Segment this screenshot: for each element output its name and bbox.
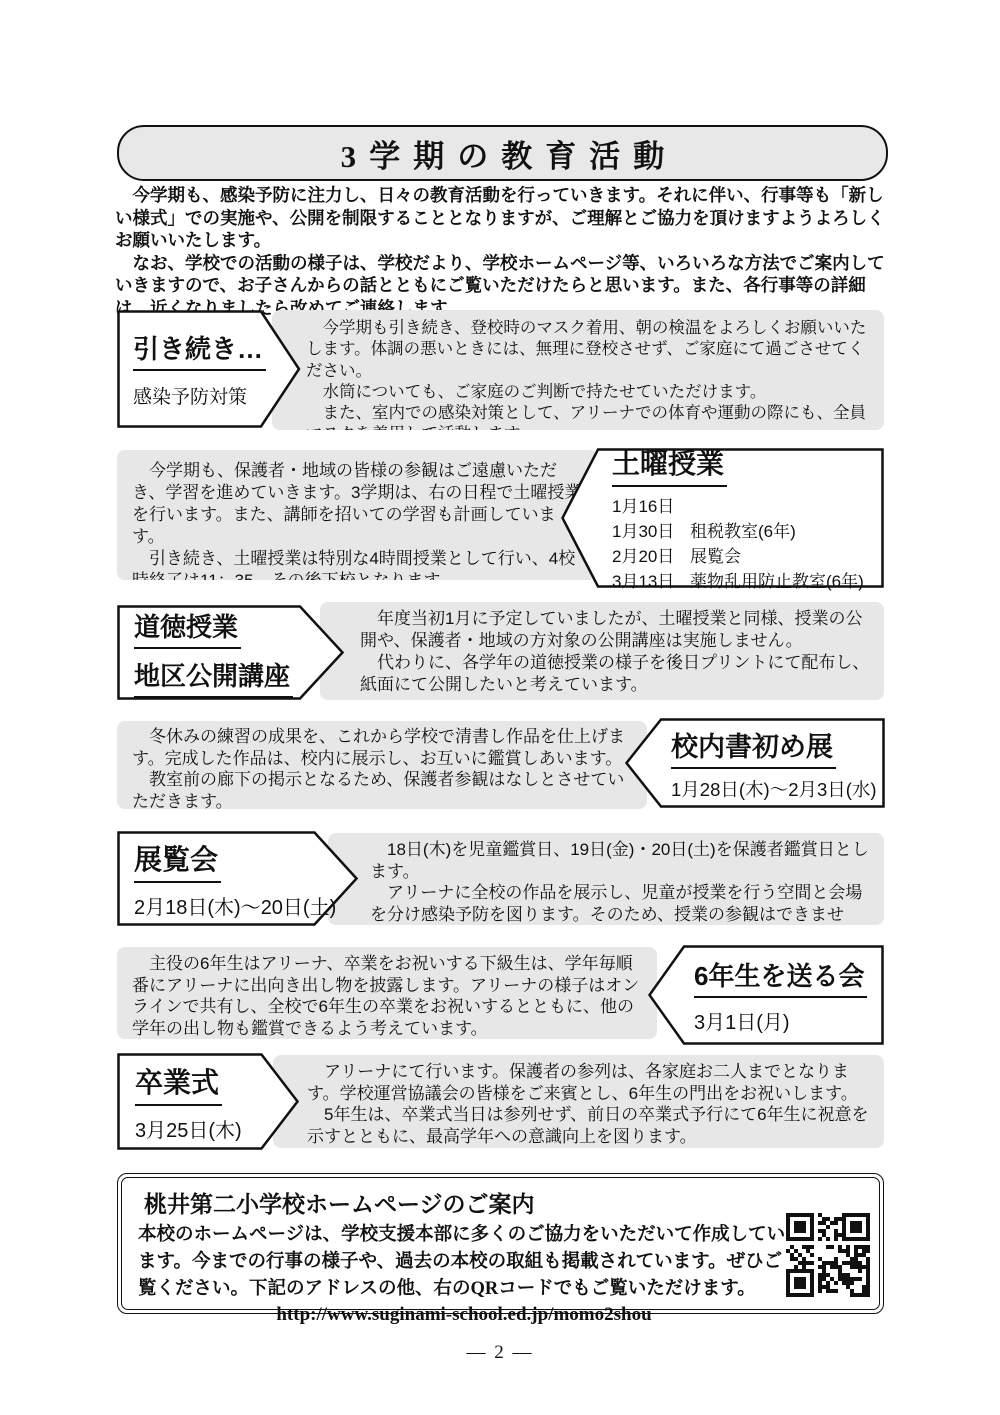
body-paragraph: 今学期も、保護者・地域の皆様の参観はご遠慮いただき、学習を進めていきます。3学期… [132, 460, 585, 548]
body-paragraph: 水筒についても、ご家庭のご判断で持たせていただけます。 [306, 382, 872, 403]
schedule-date: 3月13日 [612, 569, 690, 594]
schedule-date: 2月20日 [612, 544, 690, 569]
schedule-row: 2月20日 展覧会 [612, 544, 864, 569]
label-date: 3月25日(木) [135, 1114, 242, 1143]
body-paragraph: 教室前の廊下の掲示となるため、保護者参観はなしとさせていただきます。 [132, 769, 637, 809]
section-body: 主役の6年生はアリーナ、卒業をお祝いする下級生は、学年毎順番にアリーナに出向き出… [117, 947, 657, 1039]
body-paragraph: アリーナに全校の作品を展示し、児童が授業を行う空間と会場を分け感染予防を図ります… [370, 882, 874, 925]
schedule-date: 1月30日 [612, 519, 690, 544]
intro-p2: なお、学校での活動の様子は、学校だより、学校ホームページ等、いろいろな方法でご案… [115, 252, 887, 320]
homepage-box-inner: 桃井第二小学校ホームページのご案内 本校のホームページは、学校支援本部に多くのご… [121, 1177, 880, 1310]
section-label: 校内書初め展 1月28日(木)～2月3日(水) [625, 718, 885, 808]
section-body: 今学期も引き続き、登校時のマスク着用、朝の検温をよろしくお願いいたします。体調の… [272, 310, 884, 430]
page-number: — 2 — [0, 1342, 1000, 1364]
section-body: 年度当初1月に予定していましたが、土曜授業と同様、授業の公開や、保護者・地域の方… [320, 602, 884, 700]
body-paragraph: 5年生は、卒業式当日は参列せず、前日の卒業式予行にて6年生に祝意を示すとともに、… [307, 1104, 874, 1147]
label-date: 2月18日(木)～20日(土) [134, 891, 336, 920]
homepage-body: 本校のホームページは、学校支援本部に多くのご協力をいただいて作成しています。今ま… [138, 1222, 790, 1303]
label-title: 展覧会 [134, 838, 221, 883]
newsletter-page: 3学期の教育活動 今学期も、感染予防に注力し、日々の教育活動を行っていきます。そ… [0, 0, 1000, 1415]
page-title: 3学期の教育活動 [117, 125, 888, 181]
saturday-schedule: 1月16日 1月30日 租税教室(6年) 2月20日 展覧会 3月13日 薬物乱… [612, 494, 864, 594]
schedule-event: 租税教室(6年) [690, 519, 864, 544]
body-paragraph: 18日(木)を児童鑑賞日、19日(金)・20日(土)を保護者鑑賞日とします。 [370, 839, 874, 882]
body-paragraph: 年度当初1月に予定していましたが、土曜授業と同様、授業の公開や、保護者・地域の方… [360, 608, 872, 652]
intro-paragraphs: 今学期も、感染予防に注力し、日々の教育活動を行っていきます。それに伴い、行事等も… [115, 184, 887, 319]
section-label: 道徳授業 地区公開講座 [117, 605, 344, 700]
section-label: 卒業式 3月25日(木) [117, 1053, 299, 1150]
body-paragraph: 冬休みの練習の成果を、これから学校で清書し作品を仕上げます。完成した作品は、校内… [132, 726, 637, 769]
section-body: アリーナにて行います。保護者の参列は、各家庭お二人までとなります。学校運営協議会… [273, 1055, 884, 1148]
schedule-event [690, 494, 864, 519]
homepage-title: 桃井第二小学校ホームページのご案内 [144, 1186, 865, 1219]
label-subtitle: 感染予防対策 [133, 382, 247, 409]
body-paragraph: 引き続き、土曜授業は特別な4時間授業として行い、4校時終了は11：35、その後下… [132, 548, 585, 580]
label-title-line1: 道徳授業 [134, 607, 241, 649]
schedule-event: 展覧会 [690, 544, 864, 569]
section-label: 土曜授業 1月16日 1月30日 租税教室(6年) 2月20日 展覧会 3月13… [561, 448, 884, 588]
body-paragraph: 主役の6年生はアリーナ、卒業をお祝いする下級生は、学年毎順番にアリーナに出向き出… [132, 953, 647, 1039]
label-title: 引き続き… [133, 329, 266, 371]
homepage-box: 桃井第二小学校ホームページのご案内 本校のホームページは、学校支援本部に多くのご… [117, 1173, 884, 1314]
section-body: 冬休みの練習の成果を、これから学校で清書し作品を仕上げます。完成した作品は、校内… [117, 721, 647, 809]
schedule-event: 薬物乱用防止教室(6年) [690, 569, 864, 594]
section-label: 引き続き… 感染予防対策 [117, 310, 301, 428]
label-date: 1月28日(木)～2月3日(水) [671, 776, 877, 802]
intro-p1: 今学期も、感染予防に注力し、日々の教育活動を行っていきます。それに伴い、行事等も… [115, 184, 887, 252]
body-paragraph: 代わりに、各学年の道徳授業の様子を後日プリントにて配布し、紙面にて公開したいと考… [360, 652, 872, 696]
section-body: 今学期も、保護者・地域の皆様の参観はご遠慮いただき、学習を進めていきます。3学期… [117, 450, 597, 580]
label-title: 6年生を送る会 [694, 956, 867, 998]
label-title: 卒業式 [135, 1061, 222, 1106]
label-title: 校内書初め展 [671, 725, 836, 769]
label-title: 土曜授業 [612, 442, 727, 487]
qr-code [786, 1213, 870, 1297]
label-title-line2: 地区公開講座 [134, 656, 293, 698]
schedule-row: 3月13日 薬物乱用防止教室(6年) [612, 569, 864, 594]
body-paragraph: 今学期も引き続き、登校時のマスク着用、朝の検温をよろしくお願いいたします。体調の… [306, 318, 872, 382]
section-label: 展覧会 2月18日(木)～20日(土) [117, 831, 358, 926]
body-paragraph: また、室内での感染対策として、アリーナでの体育や運動の際にも、全員マスクを着用し… [306, 403, 872, 430]
section-body: 18日(木)を児童鑑賞日、19日(金)・20日(土)を保護者鑑賞日とします。 ア… [328, 833, 884, 925]
label-date: 3月1日(月) [694, 1006, 790, 1035]
schedule-row: 1月30日 租税教室(6年) [612, 519, 864, 544]
body-paragraph: アリーナにて行います。保護者の参列は、各家庭お二人までとなります。学校運営協議会… [307, 1061, 874, 1104]
homepage-url[interactable]: http://www.suginami-school.ed.jp/momo2sh… [138, 1304, 790, 1326]
schedule-row: 1月16日 [612, 494, 864, 519]
section-label: 6年生を送る会 3月1日(月) [648, 945, 884, 1045]
schedule-date: 1月16日 [612, 494, 690, 519]
